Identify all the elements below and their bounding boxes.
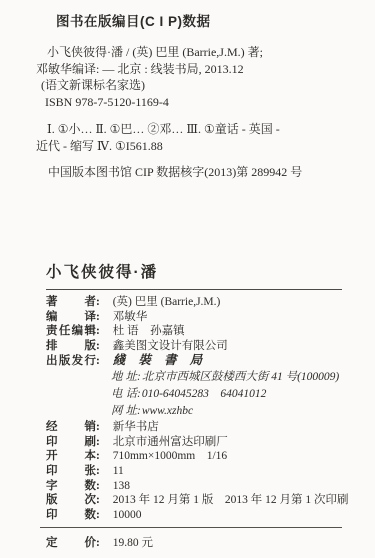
row-label: 编译	[46, 310, 96, 325]
cip-series-line: (语文新课标名家选)	[36, 77, 347, 94]
row-colon: :	[96, 355, 100, 367]
row-distributor: 经销: 新华书店	[46, 420, 342, 435]
row-colon: :	[96, 296, 100, 308]
cip-registry-line: 中国版本图书馆 CIP 数据核字(2013)第 289942 号	[36, 164, 347, 181]
row-word-count: 字数: 138	[46, 479, 342, 494]
publisher-address-row: 地址:北京市西城区鼓楼西大街 41 号(100009)	[111, 369, 342, 386]
row-colon: :	[96, 509, 100, 521]
row-value: 11	[113, 465, 124, 477]
row-colon: :	[96, 537, 100, 549]
row-label: 定价	[46, 535, 96, 551]
cip-header: 图书在版编目(C I P)数据	[56, 14, 347, 31]
row-responsible-editor: 责任编辑: 杜 语 孙嘉镇	[46, 324, 342, 339]
cip-record-line: 邓敏华编译: — 北京 : 线装书局, 2013.12	[36, 61, 347, 78]
row-value: 邓敏华	[113, 311, 148, 323]
colophon-rows: 著者: (英) 巴里 (Barrie,J.M.) 编译: 邓敏华 责任编辑: 杜…	[46, 295, 342, 522]
row-label: 经销	[46, 420, 96, 435]
row-colon: :	[96, 340, 100, 352]
book-title: 小飞侠彼得·潘	[46, 260, 342, 290]
row-value: 710mm×1000mm 1/16	[113, 450, 227, 462]
row-typesetting: 排版: 鑫美图文设计有限公司	[46, 339, 342, 354]
sub-row-label: 网址	[111, 403, 137, 420]
sub-row-value: 北京市西城区鼓楼西大街 41 号(100009)	[142, 371, 339, 383]
sub-row-label: 电话	[111, 386, 137, 403]
cip-classification-line: Ⅰ. ①小… Ⅱ. ①巴… ②邓… Ⅲ. ①童话 - 英国 -	[36, 121, 347, 138]
row-colon: :	[96, 450, 100, 462]
row-value: 北京市通州富达印刷厂	[113, 436, 228, 448]
sub-row-value: 010-64045283 64041012	[142, 388, 267, 400]
row-label: 出版发行	[46, 354, 96, 369]
row-label: 排版	[46, 339, 96, 354]
row-value: 新华书店	[113, 421, 159, 433]
row-colon: :	[96, 325, 100, 337]
row-label: 印数	[46, 508, 96, 523]
publisher-logotype: 綫 裝 書 局	[113, 353, 207, 367]
cip-isbn-line: ISBN 978-7-5120-1169-4	[36, 94, 347, 111]
row-translator: 编译: 邓敏华	[46, 310, 342, 325]
row-colon: :	[96, 311, 100, 323]
sub-row-colon: :	[137, 371, 141, 383]
row-value: (英) 巴里 (Barrie,J.M.)	[113, 296, 221, 308]
row-label: 开本	[46, 449, 96, 464]
row-value: 19.80 元	[113, 537, 153, 549]
row-colon: :	[96, 436, 100, 448]
row-value: 10000	[113, 509, 142, 521]
row-printer: 印刷: 北京市通州富达印刷厂	[46, 435, 342, 450]
row-label: 印刷	[46, 435, 96, 450]
row-label: 字数	[46, 479, 96, 494]
row-format: 开本: 710mm×1000mm 1/16	[46, 449, 342, 464]
row-edition: 版次: 2013 年 12 月第 1 版 2013 年 12 月第 1 次印刷	[46, 493, 342, 508]
cip-data-section: 图书在版编目(C I P)数据 小飞侠彼得·潘 / (英) 巴里 (Barrie…	[36, 14, 347, 180]
sub-row-colon: :	[137, 388, 141, 400]
cip-classification-line: 近代 - 缩写 Ⅳ. ①I561.88	[36, 138, 347, 155]
row-value: 2013 年 12 月第 1 版 2013 年 12 月第 1 次印刷	[113, 494, 349, 506]
sub-row-colon: :	[137, 405, 141, 417]
row-value: 138	[113, 480, 130, 492]
sub-row-label: 地址	[111, 369, 137, 386]
row-label: 责任编辑	[46, 324, 96, 339]
row-value: 鑫美图文设计有限公司	[113, 340, 228, 352]
row-colon: :	[96, 480, 100, 492]
row-value: 杜 语 孙嘉镇	[113, 325, 185, 337]
row-sheets: 印张: 11	[46, 464, 342, 479]
price-divider	[40, 527, 342, 528]
publisher-website-row: 网址:www.xzhbc	[111, 403, 342, 420]
row-print-run: 印数: 10000	[46, 508, 342, 523]
row-colon: :	[96, 494, 100, 506]
row-label: 印张	[46, 464, 96, 479]
row-publisher: 出版发行: 綫 裝 書 局	[46, 353, 342, 369]
row-author: 著者: (英) 巴里 (Barrie,J.M.)	[46, 295, 342, 310]
row-colon: :	[96, 465, 100, 477]
row-colon: :	[96, 421, 100, 433]
cip-record-line: 小飞侠彼得·潘 / (英) 巴里 (Barrie,J.M.) 著;	[36, 44, 347, 61]
row-price: 定价: 19.80 元	[46, 535, 342, 551]
row-label: 版次	[46, 493, 96, 508]
colophon-section: 小飞侠彼得·潘 著者: (英) 巴里 (Barrie,J.M.) 编译: 邓敏华…	[46, 260, 342, 551]
sub-row-value: www.xzhbc	[142, 405, 193, 417]
row-label: 著者	[46, 295, 96, 310]
publisher-phone-row: 电话:010-64045283 64041012	[111, 386, 342, 403]
